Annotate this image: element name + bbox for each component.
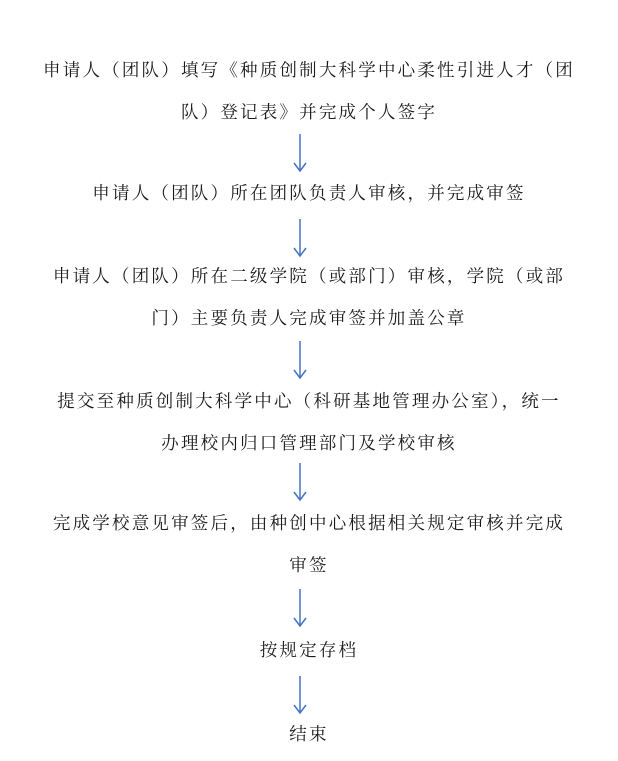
step-3-college-review: 申请人（团队）所在二级学院（或部门）审核，学院（或部 门）主要负责人完成审签并加… [0, 256, 618, 340]
step-1-line-2: 队）登记表》并完成个人签字 [0, 92, 618, 134]
step-5-line-2: 审签 [0, 545, 618, 587]
step-2-team-leader-review: 申请人（团队）所在团队负责人审核，并完成审签 [0, 173, 618, 215]
step-7-end: 结束 [0, 714, 618, 756]
arrow-down-icon [292, 588, 308, 628]
arrow-down-icon [292, 340, 308, 380]
step-5-line-1: 完成学校意见审签后，由种创中心根据相关规定审核并完成 [0, 503, 618, 545]
arrow-down-icon [292, 462, 308, 502]
step-4-line-1: 提交至种质创制大科学中心（科研基地管理办公室），统一 [0, 381, 618, 423]
arrow-down-icon [292, 133, 308, 173]
step-3-line-2: 门）主要负责人完成审签并加盖公章 [0, 298, 618, 340]
step-2-line-1: 申请人（团队）所在团队负责人审核，并完成审签 [0, 173, 618, 215]
step-4-line-2: 办理校内归口管理部门及学校审核 [0, 423, 618, 465]
step-5-center-review: 完成学校意见审签后，由种创中心根据相关规定审核并完成 审签 [0, 503, 618, 587]
step-1-line-1: 申请人（团队）填写《种质创制大科学中心柔性引进人才（团 [0, 50, 618, 92]
arrow-down-icon [292, 218, 308, 258]
arrow-down-icon [292, 675, 308, 715]
step-3-line-1: 申请人（团队）所在二级学院（或部门）审核，学院（或部 [0, 256, 618, 298]
step-7-line-1: 结束 [0, 714, 618, 756]
step-1-fill-form: 申请人（团队）填写《种质创制大科学中心柔性引进人才（团 队）登记表》并完成个人签… [0, 50, 618, 134]
step-6-archive: 按规定存档 [0, 630, 618, 672]
step-4-submit-center: 提交至种质创制大科学中心（科研基地管理办公室），统一 办理校内归口管理部门及学校… [0, 381, 618, 465]
step-6-line-1: 按规定存档 [0, 630, 618, 672]
